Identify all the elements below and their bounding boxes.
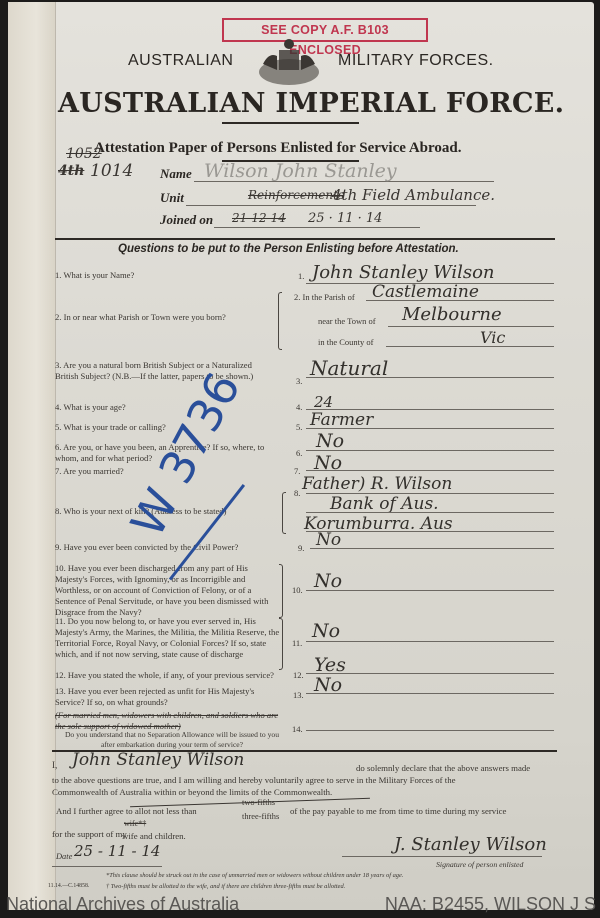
answer-9: No [316,530,341,550]
answer-line-14 [306,730,554,731]
answer-number-1: 1. [298,271,304,281]
answer-line-9 [310,548,554,549]
answer-12: Yes [314,654,346,676]
signature: J. Stanley Wilson [394,834,547,855]
three-fifths: three-fifths [242,811,279,822]
answer-number-3: 3. [296,376,302,386]
question-3: 3. Are you a natural born British Subjec… [55,360,275,382]
q2-number: 2. [294,292,300,302]
question-9: 9. Have you ever been convicted by the C… [55,542,295,553]
answer-number-10: 10. [292,585,303,595]
brace-2 [278,292,282,350]
date-line [52,866,162,867]
town-line [388,326,554,327]
answer-number-11: 11. [292,638,302,648]
answer-5: Farmer [310,410,373,430]
item-reference: NAA: B2455, WILSON J S [385,894,596,915]
answer-8-line-1: Father) R. Wilson [302,474,452,494]
brace-8 [282,492,286,534]
regimental-number: 1014 [90,161,133,181]
answer-7: No [314,452,342,474]
answer-6: No [316,430,344,452]
answer-number-7: 7. [294,466,300,476]
answer-number-6: 6. [296,448,302,458]
footnote-2: † Two-fifths must be allotted to the wif… [106,881,345,892]
answer-number-2: 2. In the Parish of [294,292,355,302]
question-14: Do you understand that no Separation All… [64,730,280,750]
paper-binding-strip [8,2,56,910]
answer-line-8a [306,493,554,494]
joined-struck: 21-12-14 [232,211,286,225]
answer-town: Melbourne [402,304,502,325]
archive-watermark: National Archives of Australia [6,894,239,915]
parish-line [366,300,554,301]
question-1: 1. What is your Name? [55,270,275,281]
declaration-text-1: do solemnly declare that the above answe… [356,763,530,774]
unit-value: 4th Field Ambulance. [332,186,495,204]
questions-heading: Questions to be put to the Person Enlist… [118,243,459,255]
answer-number-14: 14. [292,724,303,734]
answer-line-8b [306,512,554,513]
parish-label: In the Parish of [303,292,355,302]
wife-struck: wife*† [124,818,146,829]
answer-number-13: 13. [293,690,304,700]
question-11: 11. Do you now belong to, or have you ev… [55,616,280,660]
answer-number-8: 8. [294,488,300,498]
name-label: Name [160,166,192,182]
unit-label: Unit [160,190,184,206]
answer-10: No [314,570,342,592]
question-10: 10. Have you ever been discharged from a… [55,563,280,618]
declaration-name: John Stanley Wilson [72,750,244,770]
support-text: for the support of my [52,829,127,840]
declaration-text-3: Commonwealth of Australia within or beyo… [52,787,332,798]
joined-label: Joined on [160,212,213,228]
wife-and-children: wife and children. [122,831,186,842]
answer-line-10 [306,590,554,591]
title-rule [222,122,359,124]
declaration-prefix: I, [52,760,57,771]
answer-number-4: 4. [296,402,302,412]
answer-line-11 [306,641,554,642]
question-5: 5. What is your trade or calling? [55,422,275,433]
answer-4: 24 [314,393,333,411]
signature-line [342,856,542,857]
header-australian: AUSTRALIAN [128,52,233,70]
answer-number-9: 9. [298,543,304,553]
allot-rest: of the pay payable to me from time to ti… [290,806,506,817]
brace-10 [279,564,283,618]
answer-line-13 [306,693,554,694]
answer-parish: Castlemaine [372,282,479,302]
answer-3: Natural [310,356,388,380]
county-line [386,346,554,347]
answer-11: No [312,620,340,642]
town-label: near the Town of [318,316,376,326]
document-subtitle: Attestation Paper of Persons Enlisted fo… [94,140,461,157]
unit-line [186,205,476,206]
unit-struck: Reinforcements [248,188,344,202]
name-value: Wilson John Stanley [204,160,397,182]
struck-number: 1052 [66,146,102,162]
declaration-text-2: to the above questions are true, and I a… [52,775,456,786]
answer-number-5: 5. [296,422,302,432]
question-2: 2. In or near what Parish or Town were y… [55,312,275,323]
signature-label: Signature of person enlisted [436,859,523,870]
coat-of-arms-icon [255,38,323,88]
answer-line-8c [306,531,554,532]
question-13: 13. Have you ever been rejected as unfit… [55,686,280,708]
answer-county: Vic [480,328,505,347]
header-military-forces: MILITARY FORCES. [338,52,494,70]
red-stamp: SEE COPY A.F. B103 ENCLOSED [222,18,428,42]
county-label: in the County of [318,337,373,347]
joined-line [214,227,420,228]
date-label: Date [56,851,72,862]
question-12: 12. Have you stated the whole, if any, o… [55,670,280,681]
answer-line-7 [306,470,554,471]
struck-prefix: 4th [58,163,84,179]
brace-11 [279,618,283,670]
answer-13: No [314,674,342,696]
document-title: AUSTRALIAN IMPERIAL FORCE. [58,88,564,119]
joined-value: 25 · 11 · 14 [308,211,382,226]
answer-number-12: 12. [293,670,304,680]
question-14-struck: (For married men, widowers with children… [55,710,280,732]
answer-8-line-2: Bank of Aus. [330,494,439,514]
allot-text: And I further agree to allot not less th… [56,806,197,817]
footnote-1: *This clause should be struck out in the… [106,870,403,881]
date-value: 25 - 11 - 14 [74,842,160,860]
section-rule [55,238,555,240]
answer-1: John Stanley Wilson [312,262,495,283]
print-code: 11.14.—C.14858. [48,881,89,892]
